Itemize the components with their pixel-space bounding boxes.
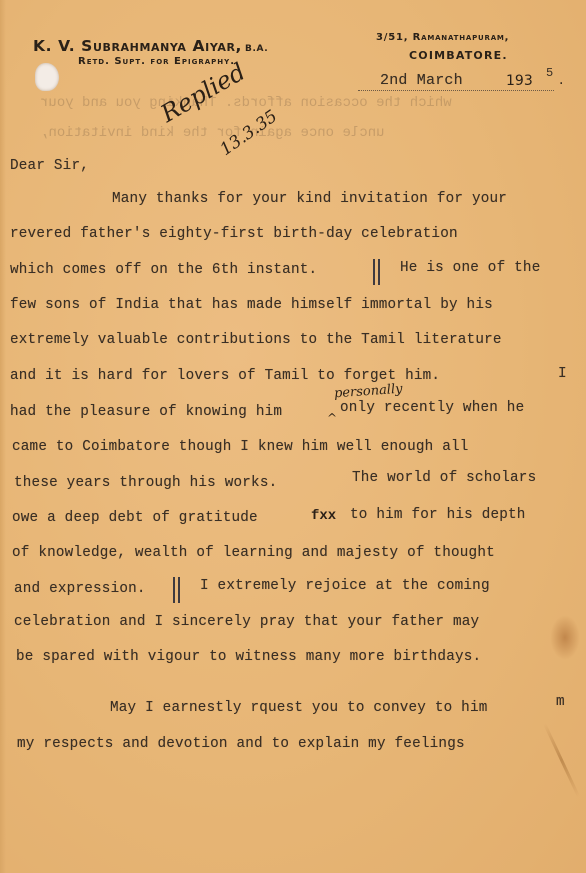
body-line: I extremely rejoice at the coming xyxy=(200,578,490,594)
handwritten-insertion: personally xyxy=(334,382,403,402)
date-year-dot: . xyxy=(559,72,563,88)
date-year-prefix: 193 xyxy=(506,73,533,89)
letterhead-title: Retd. Supt. for Epigraphy. xyxy=(78,56,235,67)
letterhead-name: K. V. Subrahmanya Aiyar,B.A. xyxy=(33,37,268,55)
struck-out-text: fxx xyxy=(311,508,336,524)
paper-crease xyxy=(543,723,580,797)
sender-name: K. V. Subrahmanya Aiyar, xyxy=(33,37,242,55)
letterhead-address-line2: COIMBATORE. xyxy=(409,49,508,62)
body-line: these years through his works. xyxy=(14,475,277,491)
paragraph-mark xyxy=(173,577,180,603)
body-line: owe a deep debt of gratitude xyxy=(12,510,258,526)
body-line: be spared with vigour to witness many mo… xyxy=(16,649,481,665)
salutation: Dear Sir, xyxy=(10,158,89,174)
sender-degree: B.A. xyxy=(245,44,268,54)
body-line: Many thanks for your kind invitation for… xyxy=(112,191,507,207)
body-line: extremely valuable contributions to the … xyxy=(10,332,502,348)
body-line: came to Coimbatore though I knew him wel… xyxy=(12,439,469,455)
paper-stain xyxy=(550,615,580,660)
body-line: and expression. xyxy=(14,581,146,597)
letterhead-address-line1: 3/51, Ramanathapuram, xyxy=(376,32,509,43)
punch-hole xyxy=(35,63,59,91)
body-line: my respects and devotion and to explain … xyxy=(17,736,465,752)
struck-out-text: m xyxy=(556,694,565,710)
bleed-through-line: uncle once again for the kind invitation… xyxy=(40,125,384,141)
body-line: of knowledge, wealth of learning and maj… xyxy=(12,545,495,561)
body-line: which comes off on the 6th instant. xyxy=(10,262,317,278)
body-line: May I earnestly rquest you to convey to … xyxy=(110,700,488,716)
insertion-caret: ^ xyxy=(327,411,337,425)
date-day-month: 2nd March xyxy=(380,72,463,89)
paragraph-mark xyxy=(373,259,380,285)
body-line: He is one of the xyxy=(400,260,540,276)
body-line: only recently when he xyxy=(340,400,524,416)
body-line: I xyxy=(558,366,567,382)
letter-page: K. V. Subrahmanya Aiyar,B.A. Retd. Supt.… xyxy=(0,0,586,873)
body-line: The world of scholars xyxy=(352,470,536,486)
body-line: celebration and I sincerely pray that yo… xyxy=(14,614,479,630)
date-dotted-line xyxy=(358,90,554,91)
body-line: and it is hard for lovers of Tamil to fo… xyxy=(10,368,440,384)
body-line: revered father's eighty-first birth-day … xyxy=(10,226,458,242)
paper-edge xyxy=(0,0,6,873)
body-line: had the pleasure of knowing him xyxy=(10,404,282,420)
bleed-through-line: which the occasion affords. Thanking you… xyxy=(40,95,452,111)
body-line: few sons of India that has made himself … xyxy=(10,297,493,313)
handwritten-replied: Replied xyxy=(156,57,250,128)
body-line: to him for his depth xyxy=(350,507,526,523)
date-year-suffix: 5 xyxy=(546,66,553,80)
